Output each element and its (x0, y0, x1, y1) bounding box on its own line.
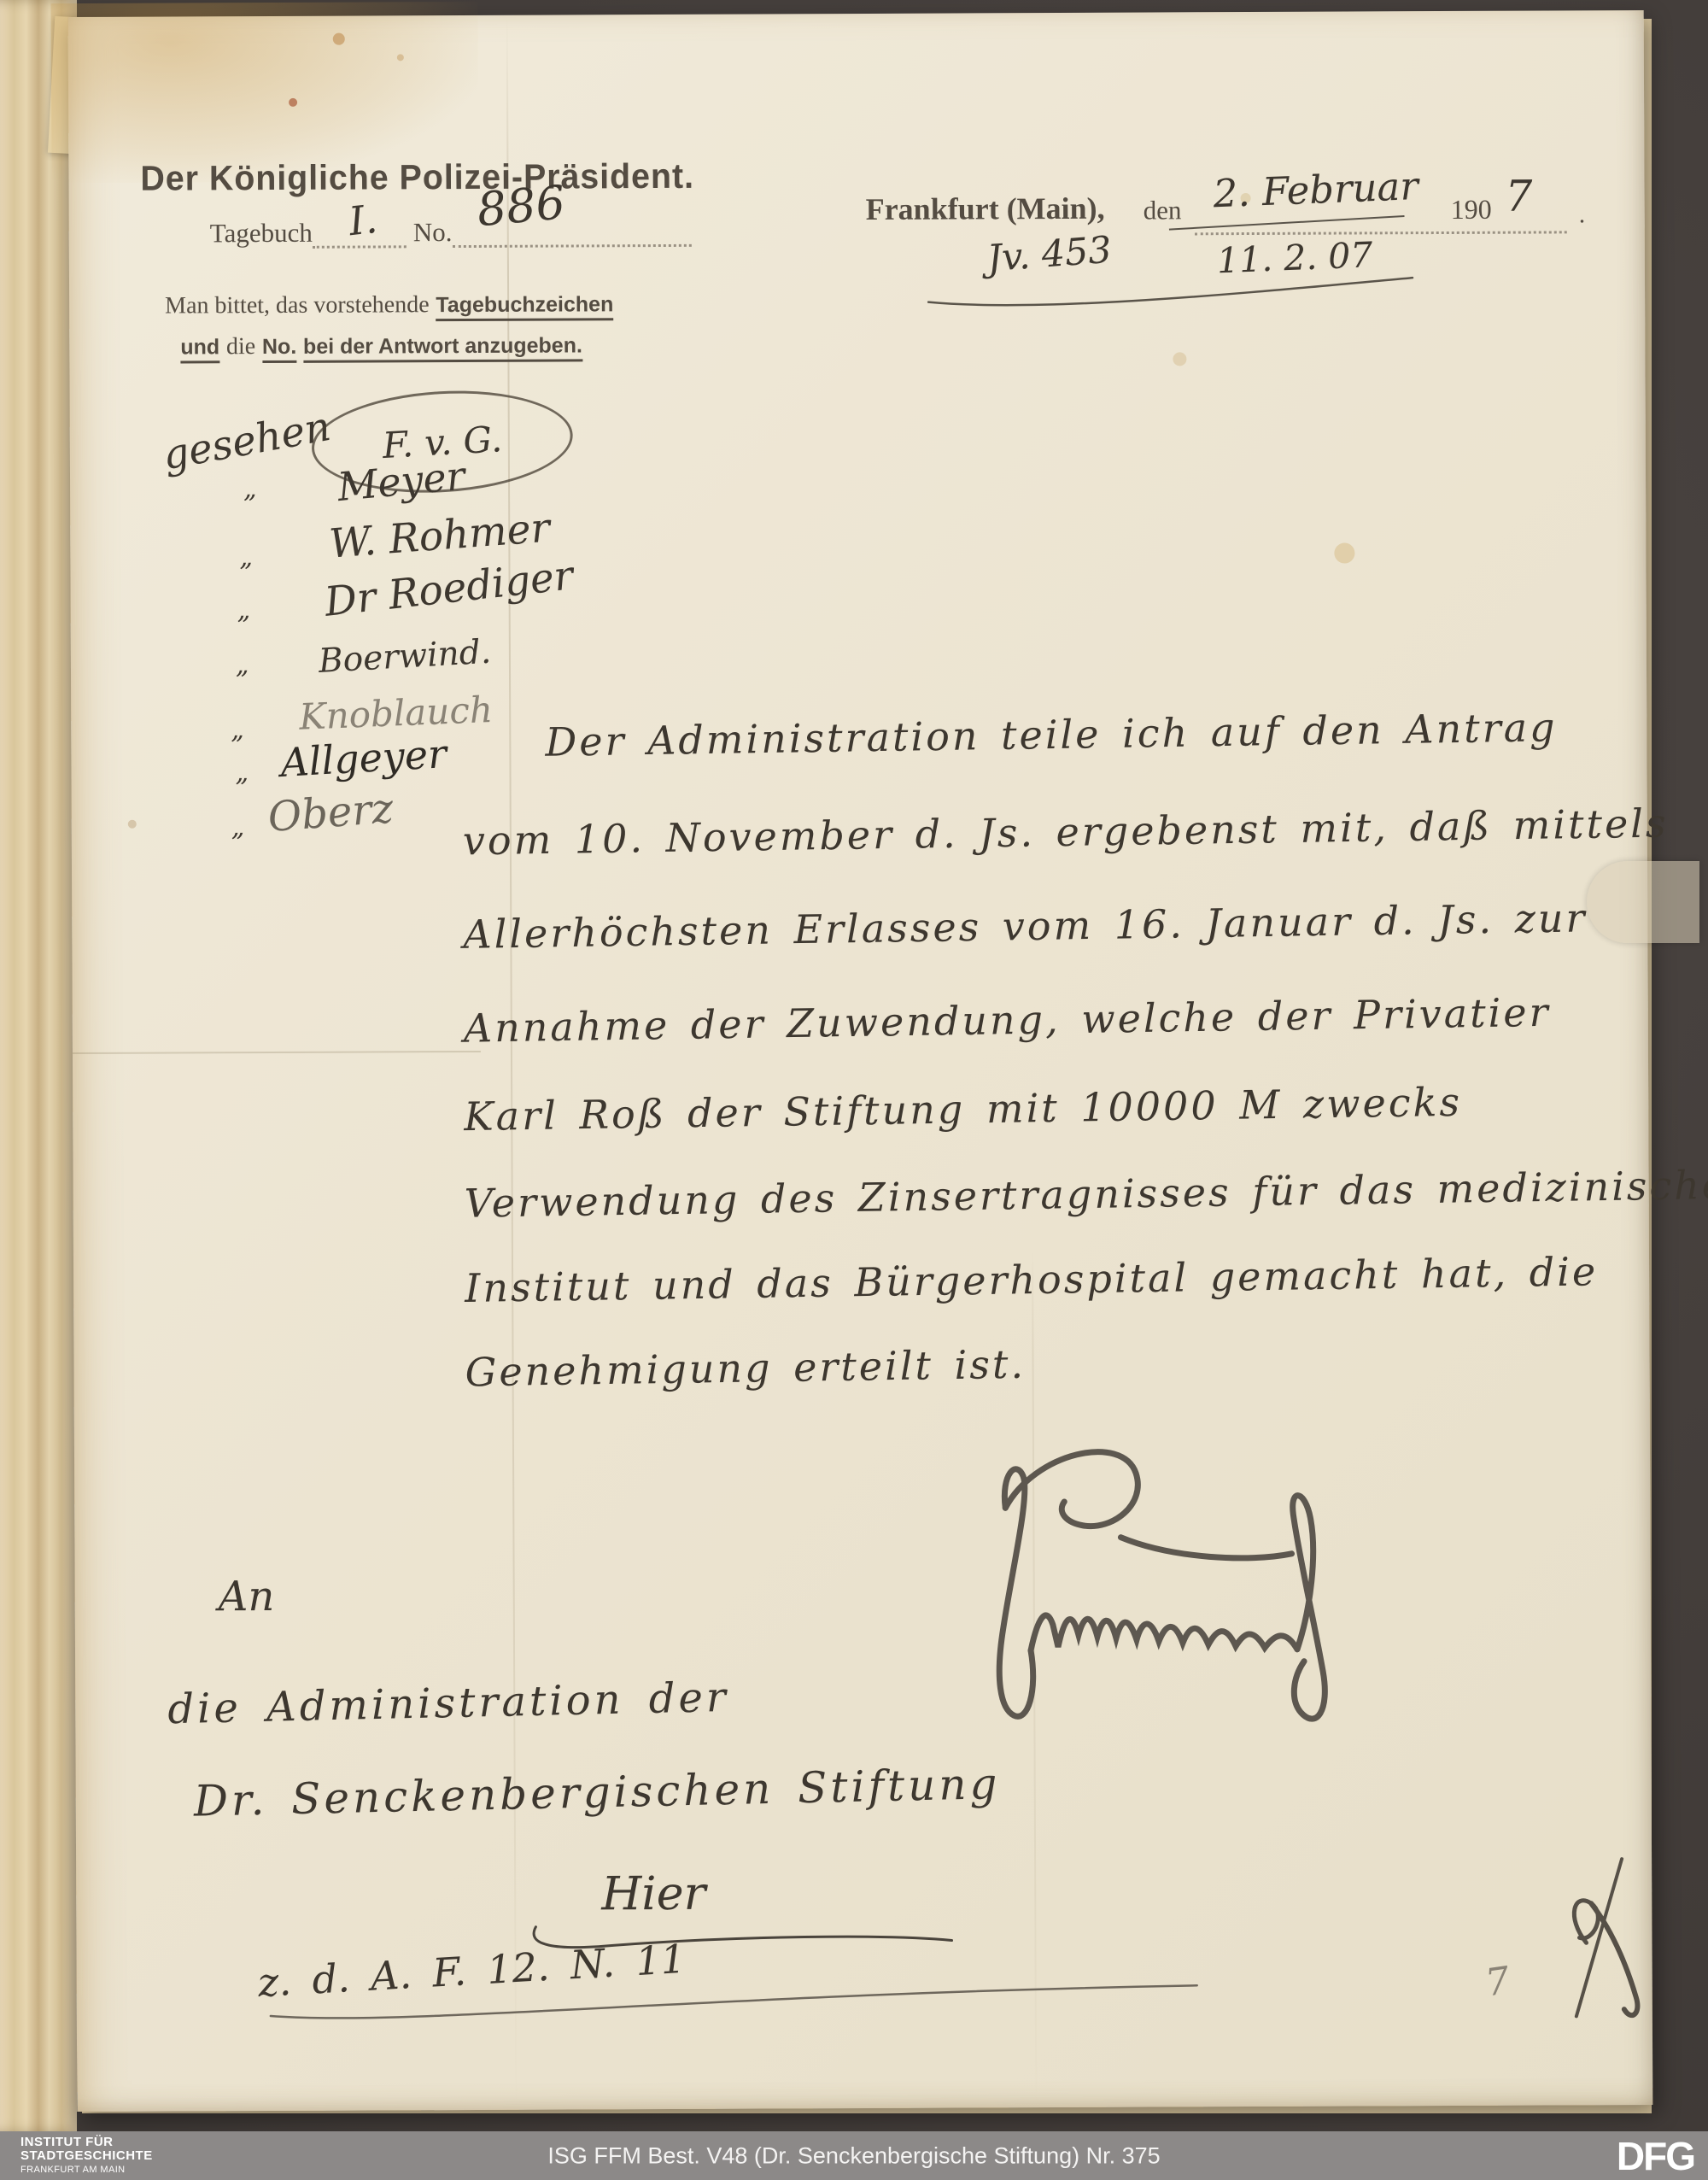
foxing-spot (333, 33, 345, 45)
received-date-underline-flourish (913, 267, 1425, 321)
signature-flourish (915, 1425, 1464, 1743)
foxing-spot (1173, 352, 1186, 366)
foxing-spot (128, 820, 137, 829)
body-line: Annahme der Zuwendung, welche der Privat… (463, 989, 1550, 1052)
body-line: Genehmigung erteilt ist. (465, 1341, 1026, 1396)
letterhead-note-line2: und die No. bei der Antwort anzugeben. (180, 331, 582, 360)
seen-label: gesehen (160, 403, 335, 479)
body-line: Der Administration teile ich auf den Ant… (545, 704, 1558, 765)
ditto-mark: „ (239, 542, 253, 572)
number-value-handwritten: 886 (475, 175, 567, 237)
ditto-mark: „ (236, 650, 249, 680)
address-line-hier: Hier (601, 1866, 705, 1921)
seen-name-pencil: Knoblauch (298, 689, 493, 738)
institute-name-line1: INSTITUT FÜR (20, 2136, 153, 2149)
address-line: Dr. Senckenbergischen Stiftung (193, 1759, 1001, 1826)
letter-page: Der Königliche Polizei-Präsident. Tagebu… (68, 10, 1653, 2112)
archive-photo-background: Der Königliche Polizei-Präsident. Tagebu… (0, 0, 1708, 2180)
ditto-mark: „ (231, 715, 244, 745)
body-line: vom 10. November d. Js. ergebenst mit, d… (463, 800, 1669, 864)
filing-note-underline (258, 1973, 1214, 2029)
body-line: Karl Roß der Stiftung mit 10000 M zwecks (464, 1079, 1462, 1140)
journal-strikethrough-line (1169, 215, 1405, 231)
ditto-mark: „ (231, 812, 245, 842)
institute-name-line2: STADTGESCHICHTE (20, 2149, 153, 2163)
seen-name: Boerwind. (318, 633, 492, 681)
fold-crease-horizontal (73, 1051, 481, 1054)
note-die: die (226, 333, 255, 360)
letterhead-title: Der Königliche Polizei-Präsident. (140, 156, 694, 199)
body-line: Verwendung des Zinsertragnisses für das … (464, 1162, 1708, 1227)
note-no: No. (262, 335, 296, 363)
diary-line: TagebuchNo. (210, 216, 692, 249)
ditto-mark: „ (243, 474, 257, 504)
institute-logo: INSTITUT FÜR STADTGESCHICHTE FRANKFURT A… (20, 2136, 153, 2177)
dfg-logo: DFG (1617, 2133, 1694, 2179)
address-line: die Administration der (167, 1673, 730, 1733)
archive-citation: ISG FFM Best. V48 (Dr. Senckenbergische … (547, 2142, 1160, 2169)
dateline-den: den (1144, 195, 1182, 226)
page-number: 7 (1483, 1959, 1512, 2005)
archive-citation-bar: INSTITUT FÜR STADTGESCHICHTE FRANKFURT A… (0, 2131, 1708, 2180)
institute-name-line3: FRANKFURT AM MAIN (20, 2163, 153, 2177)
ditto-mark: „ (237, 595, 251, 625)
dateline-day-month-handwritten: 2. Februar (1213, 163, 1419, 216)
body-line: Institut und das Bürgerhospital gemacht … (465, 1248, 1599, 1311)
diary-value-handwritten: I. (347, 196, 379, 244)
note-emphasis-antwort: bei der Antwort anzugeben. (303, 333, 582, 362)
ditto-mark: „ (235, 758, 249, 788)
adhesive-tape (1587, 861, 1699, 943)
dateline-dotted-leader (1195, 231, 1567, 235)
letterhead-note-line1: Man bittet, das vorstehende Tagebuchzeic… (165, 290, 613, 319)
diary-label: Tagebuch (210, 218, 313, 249)
corner-stain (51, 2, 479, 183)
body-line: Allerhöchsten Erlasses vom 16. Januar d.… (463, 894, 1588, 958)
seen-name: Allgeyer (279, 730, 447, 786)
dateline-city: Frankfurt (Main), (866, 190, 1105, 227)
foxing-spot (397, 54, 404, 61)
seen-name: Oberz (266, 784, 395, 841)
foxing-spot (289, 98, 297, 107)
foxing-spot (1334, 542, 1354, 563)
dateline-period: . (1579, 200, 1586, 229)
note-emphasis-tagebuchzeichen: Tagebuchzeichen (436, 292, 613, 321)
note-pre: Man bittet, das vorstehende (165, 291, 430, 319)
dateline-year-handwritten: 7 (1505, 172, 1532, 221)
book-page-edges (0, 0, 77, 2132)
address-line: An (219, 1573, 275, 1620)
dateline-year-printed: 190 (1451, 194, 1492, 226)
number-label: No. (413, 217, 453, 247)
note-und: und (180, 335, 219, 363)
archivist-paraph-mark (1547, 1849, 1650, 2029)
